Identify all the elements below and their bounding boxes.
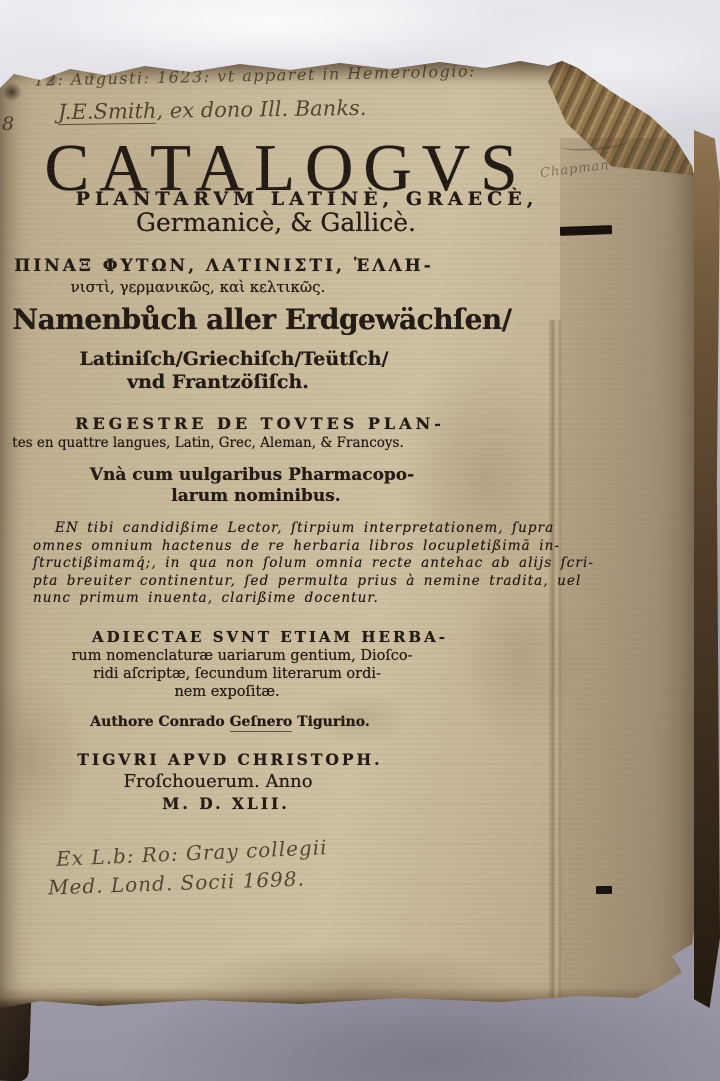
book-fore-edge	[694, 130, 720, 1008]
owner-inscription-rest: , ex dono Ill. Banks.	[156, 96, 366, 123]
reader-address-line1: EN tibi candidißime Lector, ſtirpium int…	[55, 520, 585, 536]
french-title-line1: REGESTRE DE TOVTES PLAN-	[0, 414, 542, 433]
owner-signature: J.E.Smith	[58, 99, 157, 125]
fold-crease	[548, 320, 562, 1010]
reader-address-line5: nunc primum inuenta, clarißime docentur.	[33, 590, 563, 606]
greek-title-line2: νιστὶ, γερμανικῶς, καὶ κελτικῶς.	[0, 278, 480, 296]
imprint-line3: M. D. XLII.	[0, 794, 508, 813]
author-line: Authore Conrado Geſnero Tigurino.	[0, 714, 512, 730]
french-title-line2: tes en quattre langues, Latin, Grec, Ale…	[0, 435, 490, 451]
provenance-inscription-line1: Ex L.b: Ro: Gray collegii	[56, 835, 328, 871]
author-line-post: Tigurino.	[292, 714, 369, 730]
addendum-note-line4: nem expoſitæ.	[0, 684, 509, 700]
book-page: 12: Augusti: 1623: vt apparet in Hemerol…	[0, 58, 700, 1010]
ink-censor-mark	[560, 225, 612, 236]
photo-of-book-title-page: 12: Augusti: 1623: vt apparet in Hemerol…	[0, 0, 720, 1081]
german-title-line3: vnd Frantzöſiſch.	[0, 371, 500, 393]
greek-title-line1: ΠΙΝΑΞ ΦΥΤΩΝ, ΛΑΤΙΝΙΣΤΙ, ἙΛΛΗ-	[0, 256, 506, 276]
provenance-inscription-line2: Med. Lond. Socii 1698.	[48, 867, 306, 900]
subtitle-latin-line2: Germanicè, & Gallicè.	[0, 208, 558, 237]
pharmacopoeia-note-line2: larum nominibus.	[0, 486, 538, 506]
german-title-line1: Namenbůch aller Erdgewächſen/	[0, 303, 544, 336]
ink-dash-mark	[596, 886, 612, 894]
author-line-pre: Authore Conrado	[90, 714, 229, 730]
german-title-line2: Latiniſch/Griechiſch/Teütſch/	[0, 348, 516, 370]
author-name: Geſnero	[230, 714, 293, 732]
reader-address-line3: ſtructißimamq́;, in qua non ſolum omnia …	[33, 555, 563, 571]
imprint-line2: Froſchouerum. Anno	[0, 771, 500, 792]
page-edge-shading	[560, 138, 700, 1010]
ownership-inscription: J.E.Smith, ex dono Ill. Banks.	[58, 96, 367, 124]
reader-address-line2: omnes omnium hactenus de re herbaria lib…	[33, 538, 563, 554]
reader-address-line4: pta breuiter continentur, ſed permulta p…	[33, 573, 563, 589]
pharmacopoeia-note-line1: Vnà cum uulgaribus Pharmacopo-	[0, 465, 534, 485]
addendum-note-line1: ADIECTAE SVNT ETIAM HERBA-	[0, 628, 552, 646]
imprint-line1: TIGVRI APVD CHRISTOPH.	[0, 750, 512, 769]
addendum-note-line2: rum nomenclaturæ uariarum gentium, Dioſc…	[0, 648, 524, 664]
subtitle-latin-line1: PLANTARVM LATINÈ, GRAECÈ,	[25, 188, 589, 210]
addendum-note-line3: ridi aſcriptæ, ſecundum literarum ordi-	[0, 666, 519, 682]
